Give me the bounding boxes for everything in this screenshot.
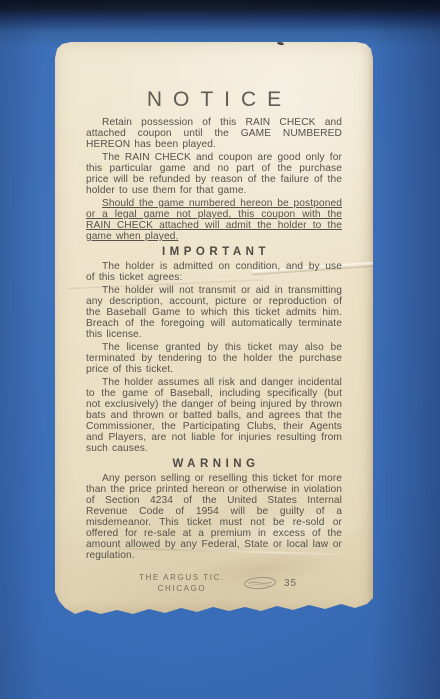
notice-body: Retain possession of this RAIN CHECK and… xyxy=(86,117,342,561)
important-paragraph-1: The holder is admitted on condition, and… xyxy=(86,261,342,283)
warning-heading: WARNING xyxy=(86,458,342,471)
warning-paragraph-1: Any person selling or reselling this tic… xyxy=(86,473,342,561)
notice-title: NOTICE xyxy=(86,88,342,111)
union-label: 35 xyxy=(243,576,297,590)
important-heading: IMPORTANT xyxy=(86,246,342,259)
intro-paragraph-1: Retain possession of this RAIN CHECK and… xyxy=(86,117,342,150)
important-paragraph-4: The holder assumes all risk and danger i… xyxy=(86,377,342,454)
printer-city: CHICAGO xyxy=(139,583,225,594)
rain-check-ticket-back: NOTICE Retain possession of this RAIN CH… xyxy=(55,42,373,618)
printer-credit: THE ARGUS TIC. CHICAGO xyxy=(139,572,225,594)
printer-name: THE ARGUS TIC. xyxy=(139,572,225,583)
ticket-text-block: NOTICE Retain possession of this RAIN CH… xyxy=(55,42,373,561)
intro-paragraph-2: The RAIN CHECK and coupon are good only … xyxy=(86,152,342,196)
important-paragraph-3: The license granted by this ticket may a… xyxy=(86,342,342,375)
intro-paragraph-3-underlined: Should the game numbered hereon be postp… xyxy=(86,198,342,242)
union-printers-bug-icon xyxy=(243,576,279,590)
photo-background: NOTICE Retain possession of this RAIN CH… xyxy=(0,0,440,699)
union-local-number: 35 xyxy=(284,578,297,589)
important-paragraph-2: The holder will not transmit or aid in t… xyxy=(86,285,342,340)
